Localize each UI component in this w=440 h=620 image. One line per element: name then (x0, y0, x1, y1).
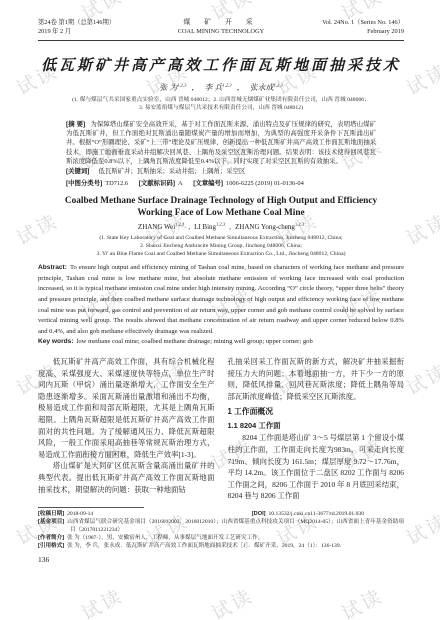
author-separator: ， (237, 83, 245, 92)
doi: [DOI]10.13532/j.cnki.cn11-3677/td.2019.0… (252, 511, 364, 519)
page-content: 第24卷 第1期（总第146期） 2019 年 2 月 煤 矿 开 采 COAL… (38, 18, 404, 564)
author-name-text: 李 兵 (204, 83, 222, 92)
footnote-block: [收稿日期]2018-09-14 [DOI]10.13532/j.cnki.cn… (38, 507, 404, 551)
article-number: [文章编号]1006-6225 (2019) 01-0136-04 (193, 180, 304, 187)
author-name-text: ZHANG Yong-cheng (235, 223, 295, 231)
fund-value: 山西省煤层气联合研究基金项目（2016012003，2016012010）；山西… (67, 519, 404, 533)
citation-format: [引用格式]张 为，李 兵，张永成．低瓦斯矿井高产高效工作面瓦斯地面抽采技术［J… (38, 543, 404, 551)
author-name-en: ZHANG Wei1,2,3 (138, 223, 184, 231)
body-column-left: 低瓦斯矿井高产高效工作面，具有综合机械化程度高、采煤强度大、采煤速度快等特点，单… (38, 356, 215, 502)
body-paragraph: 8204 工作面是塔山矿 3～5 号煤层第 1 个留设小煤柱的工作面，工作面走向… (228, 432, 405, 502)
cite-label: [引用格式] (38, 543, 64, 549)
author-affil-sup: 1,2,3 (177, 82, 186, 87)
journal-title-en: COAL MINING TECHNOLOGY (166, 27, 276, 36)
watermark-text: 试读 (401, 206, 440, 251)
keywords-text: 低瓦斯矿井；瓦斯抽采；采动井组；上隅角；采空区 (98, 168, 245, 175)
author-name: 李 兵1,2,3 (204, 83, 231, 92)
body-paragraph: 塔山煤矿是大同矿区低瓦斯含量高涌出量矿井的典型代表。提出低瓦斯矿井高产高效工作面… (38, 460, 215, 495)
document-code: [文献标识码]A (139, 180, 183, 187)
doc-code-label: [文献标识码] (139, 180, 175, 187)
keywords-en-text: low methane coal mine; coalbed methane d… (77, 338, 313, 345)
author-name-en: LI Bing1,2,3 (194, 223, 225, 231)
footnote-divider (38, 507, 144, 508)
author-separator: ， (191, 83, 199, 92)
article-no-value: 1006-6225 (2019) 01-0136-04 (226, 180, 304, 187)
footnote-row-received-doi: [收稿日期]2018-09-14 [DOI]10.13532/j.cnki.cn… (38, 511, 404, 519)
month-line: February 2019 (276, 27, 404, 36)
subsection-heading: 1.1 8204 工作面 (228, 420, 405, 431)
author-name: 张永成1,2,3 (250, 83, 283, 92)
article-title-en: Coalbed Methane Surface Drainage Technol… (63, 196, 379, 219)
watermark-text: 试读 (401, 356, 440, 401)
keywords-en-label: Key words: (38, 338, 74, 345)
cite-value: 张 为，李 兵，张永成．低瓦斯矿井高产高效工作面瓦斯地面抽采技术［J］．煤矿开采… (67, 543, 345, 549)
watermark-text: 试读 (336, 581, 388, 620)
affiliation-line-en: (1. State Key Laboratory of Coal and Coa… (38, 234, 404, 242)
received-label: [收稿日期] (38, 511, 64, 517)
body-paragraph: 孔抽采回采工作面瓦斯的新方式，解决矿井抽采掘衔接压力大的问题；本着地面抽一方，井… (228, 356, 405, 402)
keywords-cn: [关键词]低瓦斯矿井；瓦斯抽采；采动井组；上隅角；采空区 (66, 167, 376, 176)
body-columns: 低瓦斯矿井高产高效工作面，具有综合机械化程度高、采煤强度大、采煤速度快等特点，单… (38, 356, 404, 502)
author-name-text: 张永成 (250, 83, 274, 92)
body-paragraph: 低瓦斯矿井高产高效工作面，具有综合机械化程度高、采煤强度大、采煤速度快等特点，单… (38, 356, 215, 460)
abstract-block-cn: [摘 要]为保障塔山煤矿安全高效开采，基于对工作面瓦斯来源、涌出特点及矿压规律的… (66, 120, 376, 176)
bio-value: 张 为（1987-），男，安徽宿州人，工程师，从事煤层气地面开发工艺研究工作。 (67, 535, 263, 541)
watermark-text: 试读 (401, 56, 440, 101)
author-name-text: 张 为 (159, 83, 177, 92)
article-no-label: [文章编号] (193, 180, 223, 187)
header-journal-title: 煤 矿 开 采 COAL MINING TECHNOLOGY (166, 18, 276, 36)
affiliation-line-en: 2. Shanxi Jincheng Anthracite Mining Gro… (38, 242, 404, 250)
issue-date-line: 2019 年 2 月 (38, 27, 166, 36)
header-volume-info: Vol. 24No. 1（Series No. 146） February 20… (276, 18, 404, 36)
author-name-en: ZHANG Yong-cheng1,2,3 (235, 223, 304, 231)
abstract-text: 为保障塔山煤矿安全高效开采，基于对工作面瓦斯来源、涌出特点及矿压规律的研究，表明… (66, 121, 376, 165)
clc-value: TD712.6 (105, 180, 128, 187)
abstract-en-label: Abstract: (38, 264, 67, 271)
author-affil-sup: 1,2,3 (175, 222, 184, 227)
author-affil-sup: 1,2,3 (274, 82, 283, 87)
author-name-text: LI Bing (194, 223, 216, 231)
author-name-text: ZHANG Wei (138, 223, 175, 231)
affiliation-line: (1. 煤与煤层气共采国家重点实验室，山西 晋城 048012；2. 山西晋城无… (38, 96, 404, 104)
author-affil-sup: 1,2,3 (222, 82, 231, 87)
author-affil-sup: 1,2,3 (216, 222, 225, 227)
bio-label: [作者简介] (38, 535, 64, 541)
clc-label: [中图分类号] (66, 180, 102, 187)
doi-label: [DOI] (252, 511, 266, 517)
author-separator: , (229, 223, 231, 231)
issue-volume-line: 第24卷 第1期（总第146期） (38, 18, 166, 27)
affiliation-line-en: 3. Yi' an Blue Flame Coal and Coalbed Me… (38, 250, 404, 258)
doi-value: 10.13532/j.cnki.cn11-3677/td.2019.01.030 (268, 511, 364, 517)
keywords-label: [关键词] (66, 168, 89, 175)
classification-line: [中图分类号]TD712.6 [文献标识码]A [文章编号]1006-6225 … (66, 179, 376, 188)
abstract-en: Abstract:To ensure high output and effic… (38, 263, 404, 337)
volume-line: Vol. 24No. 1（Series No. 146） (276, 18, 404, 27)
page-number: 136 (38, 555, 404, 564)
author-name: 张 为1,2,3 (159, 83, 186, 92)
header-issue-info: 第24卷 第1期（总第146期） 2019 年 2 月 (38, 18, 166, 36)
authors-cn: 张 为1,2,3，李 兵1,2,3，张永成1,2,3 (38, 82, 404, 93)
journal-title-cn: 煤 矿 开 采 (166, 18, 276, 27)
fund-label: [基金项目] (38, 519, 64, 525)
header-divider (38, 40, 404, 41)
section-heading: 1 工作面概况 (228, 406, 405, 417)
abstract-en-text: To ensure high output and efficiency min… (38, 264, 404, 335)
affiliation-line: 3. 易安蓝焰煤与煤层气共采技术有限责任公司，山西 晋城 048012) (38, 104, 404, 112)
authors-en: ZHANG Wei1,2,3,LI Bing1,2,3,ZHANG Yong-c… (38, 223, 404, 231)
author-bio: [作者简介]张 为（1987-），男，安徽宿州人，工程师，从事煤层气地面开发工艺… (38, 535, 404, 543)
author-affil-sup: 1,2,3 (295, 222, 304, 227)
doc-code-value: A (178, 180, 183, 187)
body-column-right: 孔抽采回采工作面瓦斯的新方式，解决矿井抽采掘衔接压力大的问题；本着地面抽一方，井… (228, 356, 405, 502)
abstract-label: [摘 要] (66, 121, 85, 128)
received-value: 2018-09-14 (67, 511, 93, 517)
fund-project: [基金项目]山西省煤层气联合研究基金项目（2016012003，20160120… (38, 519, 404, 535)
journal-header: 第24卷 第1期（总第146期） 2019 年 2 月 煤 矿 开 采 COAL… (38, 18, 404, 36)
affiliations-cn: (1. 煤与煤层气共采国家重点实验室，山西 晋城 048012；2. 山西晋城无… (38, 96, 404, 112)
received-date: [收稿日期]2018-09-14 (38, 511, 93, 519)
watermark-text: 试读 (76, 581, 128, 620)
abstract-cn: [摘 要]为保障塔山煤矿安全高效开采，基于对工作面瓦斯来源、涌出特点及矿压规律的… (66, 120, 376, 166)
keywords-en: Key words:low methane coal mine; coalbed… (38, 337, 404, 348)
journal-page: 试读试读试读试读试读试读试读试读试读试读试读试读试读试读试读试读试读试读试读试读… (0, 0, 440, 620)
affiliations-en: (1. State Key Laboratory of Coal and Coa… (38, 234, 404, 258)
watermark-text: 试读 (401, 506, 440, 551)
watermark-text: 试读 (206, 581, 258, 620)
clc-number: [中图分类号]TD712.6 (66, 180, 128, 187)
article-title-cn: 低瓦斯矿井高产高效工作面瓦斯地面抽采技术 (38, 54, 404, 75)
author-separator: , (188, 223, 190, 231)
